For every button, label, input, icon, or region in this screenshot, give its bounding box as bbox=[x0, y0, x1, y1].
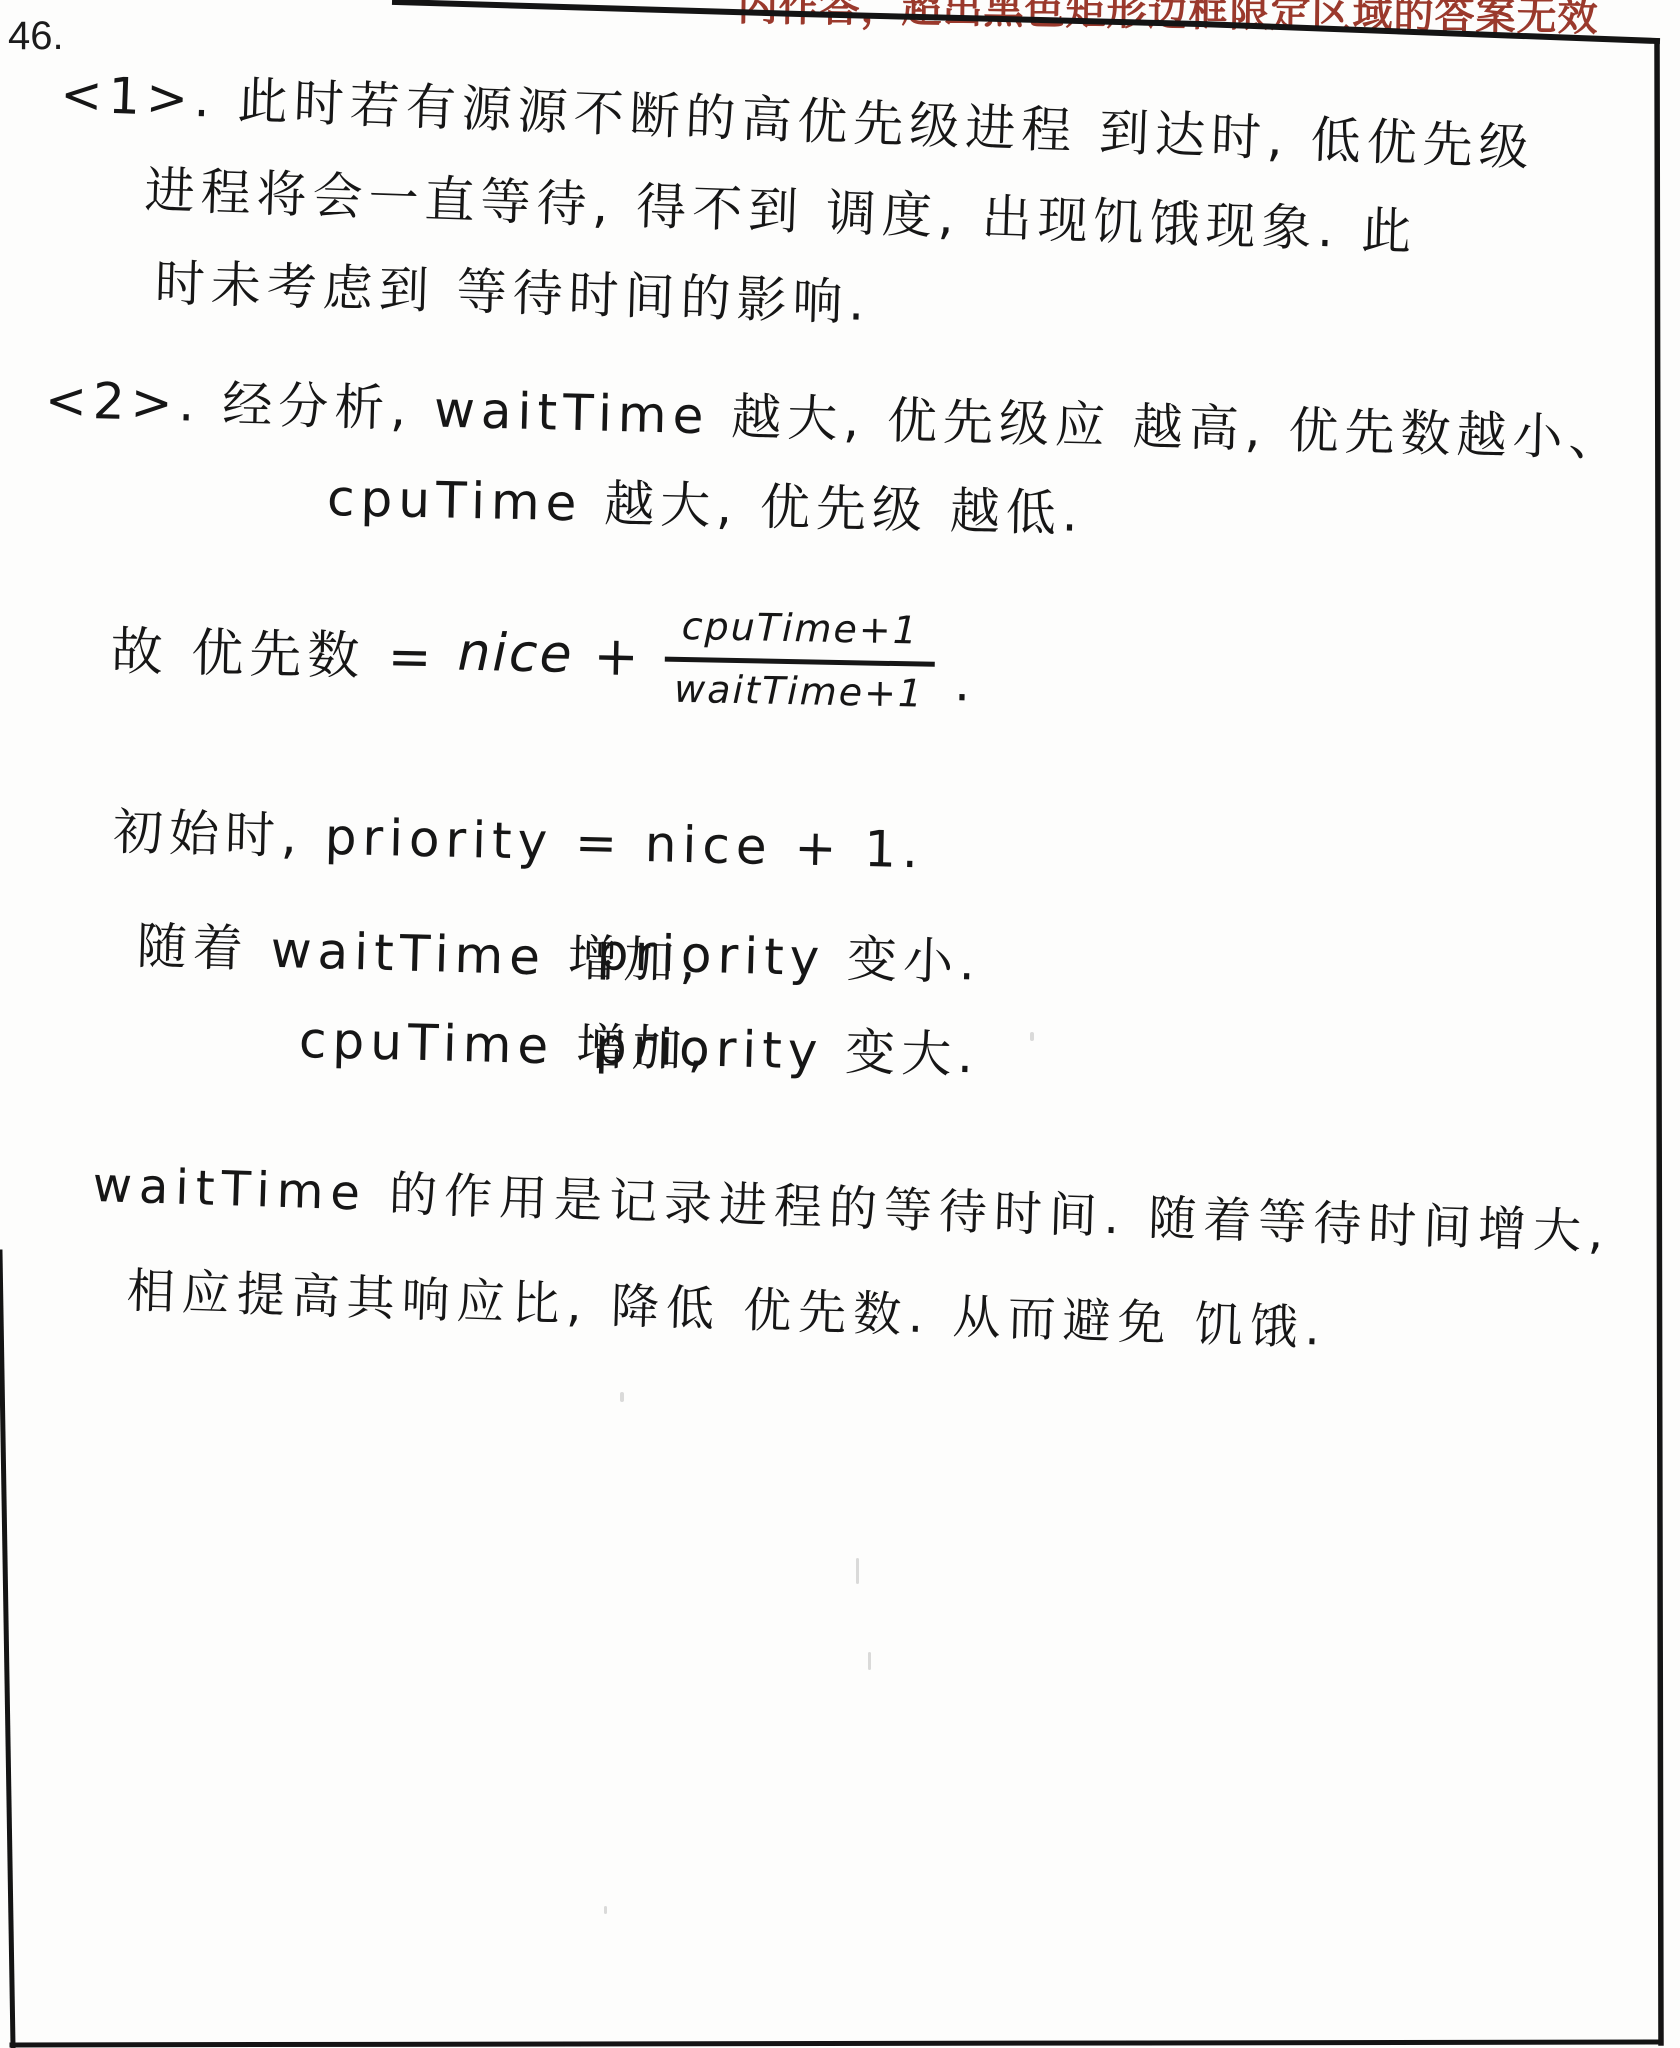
answer-box-border-right bbox=[1657, 41, 1661, 2043]
handwritten-trend2-result: priority 变大. bbox=[594, 1006, 980, 1087]
question-number: 46. bbox=[8, 14, 64, 59]
handwritten-trend1-result: priority 变小. bbox=[596, 912, 982, 995]
priority-formula: 故 优先数 = nice + cpuTime+1 waitTime+1 . bbox=[110, 592, 978, 717]
scan-speck bbox=[1030, 1032, 1034, 1041]
handwritten-line-initial-priority: 初始时, priority = nice + 1. bbox=[112, 792, 925, 882]
formula-numerator: cpuTime+1 bbox=[665, 603, 936, 667]
formula-fraction: cpuTime+1 waitTime+1 bbox=[664, 603, 936, 717]
scan-speck bbox=[856, 1558, 859, 1584]
formula-term-nice: nice bbox=[457, 623, 574, 685]
margin-warning-text: 内作答，超出黑色矩形边框限定区域的答案无效 bbox=[737, 0, 1599, 43]
handwritten-conclusion-2: 相应提高其响应比, 降低 优先数. 从而避免 饥饿. bbox=[126, 1252, 1328, 1359]
handwritten-line-part2-2: cpuTime 越大, 优先级 越低. bbox=[326, 458, 1084, 546]
handwritten-conclusion-1: waitTime 的作用是记录进程的等待时间. 随着等待时间增大, bbox=[92, 1146, 1612, 1263]
formula-denominator: waitTime+1 bbox=[664, 661, 935, 716]
formula-plus-sign: + bbox=[593, 624, 645, 688]
answer-sheet-page: 内作答，超出黑色矩形边框限定区域的答案无效 46. <1>. 此时若有源源不断的… bbox=[0, 0, 1680, 2048]
answer-box-border-left bbox=[0, 1252, 13, 2046]
scan-speck bbox=[868, 1652, 871, 1670]
formula-lhs: 故 优先数 = bbox=[110, 609, 438, 690]
scan-speck bbox=[604, 1906, 607, 1914]
handwritten-line-part2-1: <2>. 经分析, waitTime 越大, 优先级应 越高, 优先数越小、 bbox=[44, 360, 1625, 471]
answer-box-border-bottom bbox=[12, 2042, 1661, 2045]
scan-speck bbox=[620, 1392, 624, 1402]
formula-period: . bbox=[954, 655, 977, 717]
handwritten-line-part1-3: 时未考虑到 等待时间的影响. bbox=[154, 243, 872, 335]
